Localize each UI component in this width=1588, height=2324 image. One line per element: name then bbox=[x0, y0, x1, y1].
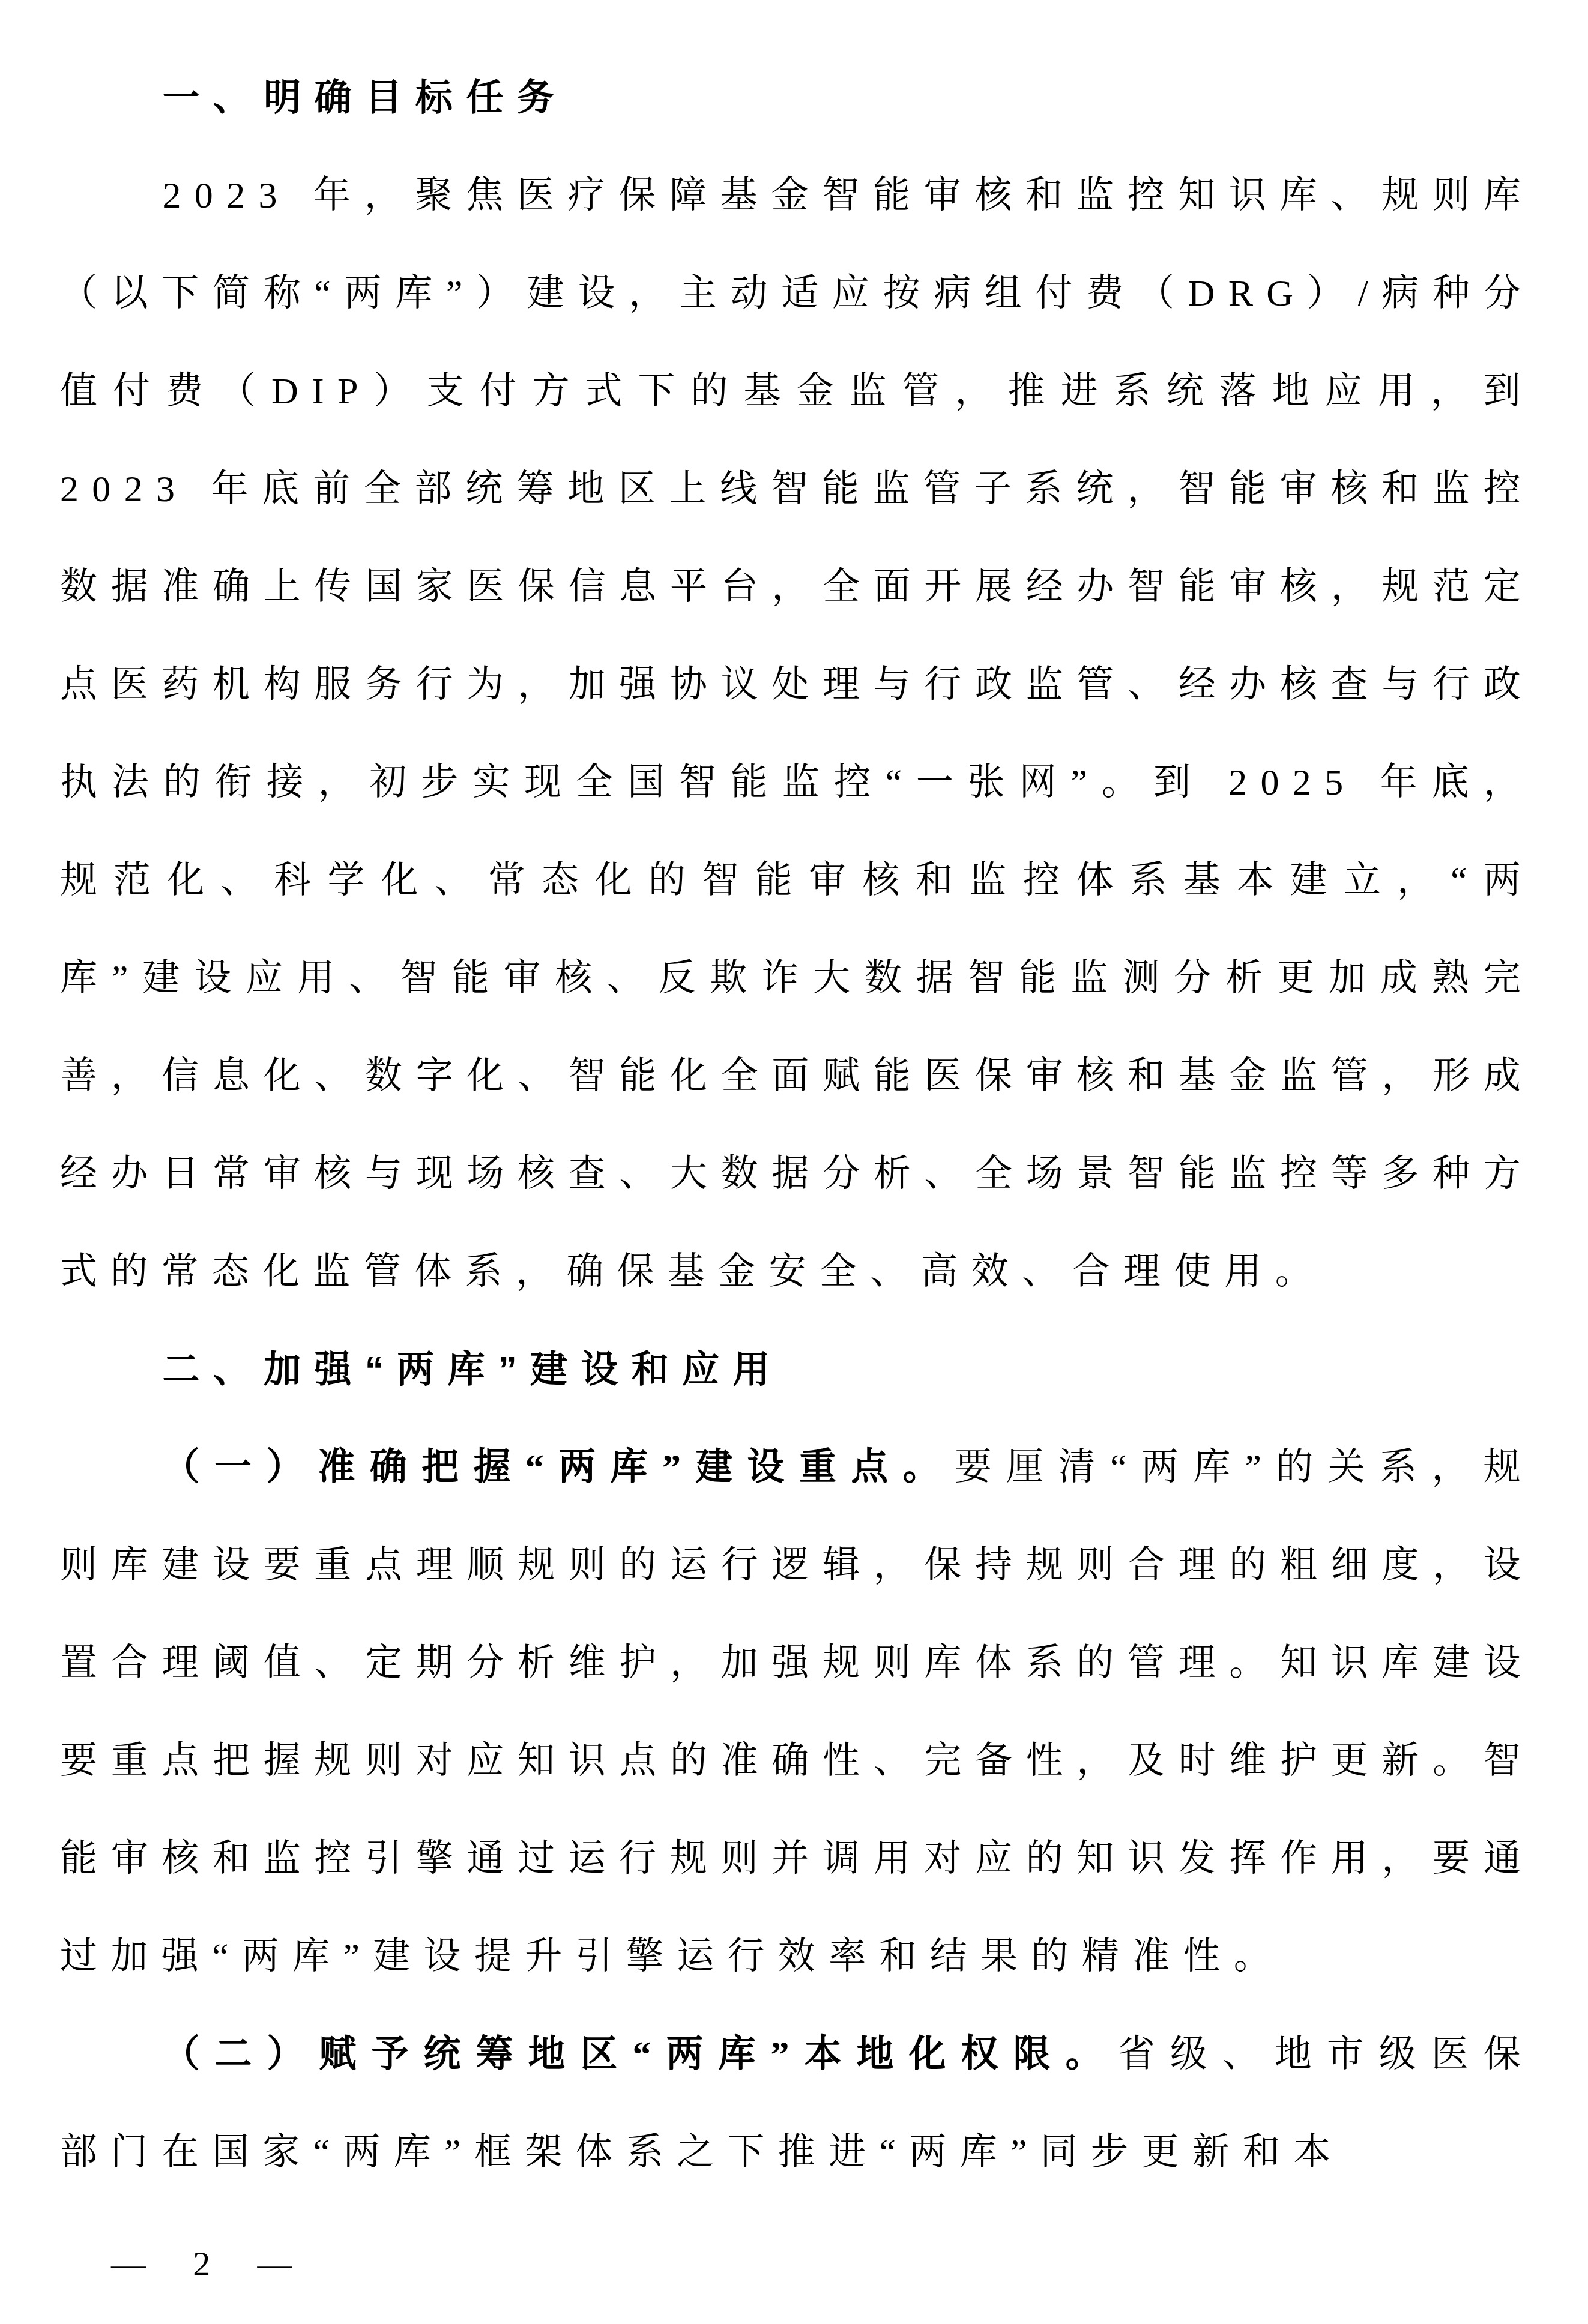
section-1-paragraph-text: 2023 年，聚焦医疗保障基金智能审核和监控知识库、规则库（以下简称“两库”）建… bbox=[60, 175, 1534, 1292]
section-2-heading: 二、加强“两库”建设和应用 bbox=[60, 1321, 1534, 1419]
section-2-item-2: （二）赋予统筹地区“两库”本地化权限。省级、地市级医保部门在国家“两库”框架体系… bbox=[60, 2006, 1534, 2202]
section-2-item-2-lead: （二）赋予统筹地区“两库”本地化权限。 bbox=[163, 2034, 1118, 2075]
document-page: 一、明确目标任务 2023 年，聚焦医疗保障基金智能审核和监控知识库、规则库（以… bbox=[0, 0, 1588, 2324]
document-content: 一、明确目标任务 2023 年，聚焦医疗保障基金智能审核和监控知识库、规则库（以… bbox=[0, 0, 1588, 2202]
section-2-item-1-text: 要厘清“两库”的关系，规则库建设要重点理顺规则的运行逻辑，保持规则合理的粗细度，… bbox=[60, 1447, 1534, 1977]
section-2-item-1-lead: （一）准确把握“两库”建设重点。 bbox=[163, 1447, 955, 1488]
page-number: — 2 — bbox=[111, 2244, 312, 2284]
section-1-heading: 一、明确目标任务 bbox=[60, 49, 1534, 147]
section-2-item-1: （一）准确把握“两库”建设重点。要厘清“两库”的关系，规则库建设要重点理顺规则的… bbox=[60, 1419, 1534, 2006]
section-1-paragraph: 2023 年，聚焦医疗保障基金智能审核和监控知识库、规则库（以下简称“两库”）建… bbox=[60, 147, 1534, 1321]
